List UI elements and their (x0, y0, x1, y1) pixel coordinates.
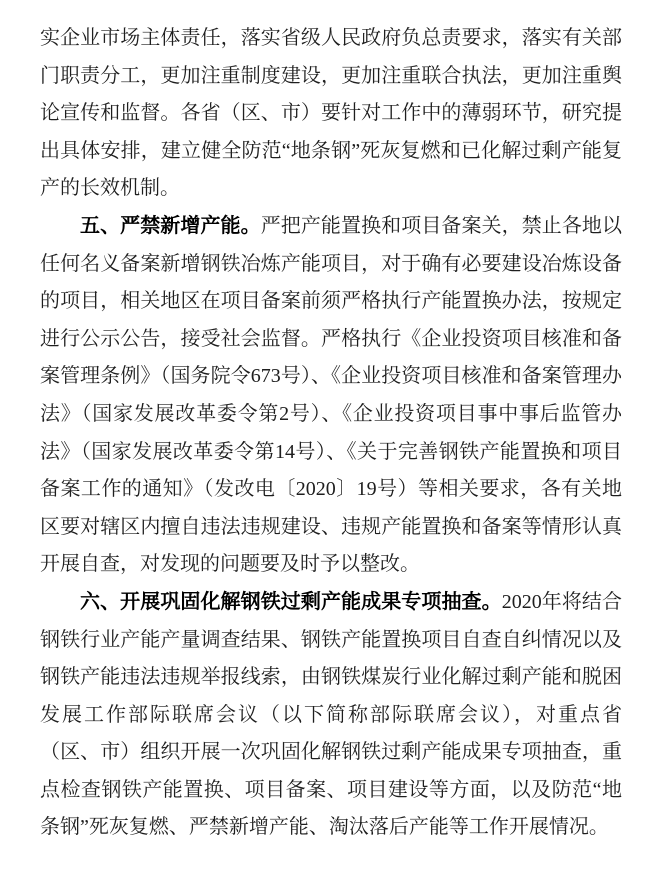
paragraph: 实企业市场主体责任，落实省级人民政府负总责要求，落实有关部门职责分工，更加注重制… (40, 20, 622, 208)
document-page: 实企业市场主体责任，落实省级人民政府负总责要求，落实有关部门职责分工，更加注重制… (0, 0, 662, 882)
body-text: 严把产能置换和项目备案关，禁止各地以任何名义备案新增钢铁冶炼产能项目，对于确有必… (40, 215, 622, 575)
paragraph: 六、开展巩固化解钢铁过剩产能成果专项抽查。2020年将结合钢铁行业产能产量调查结… (40, 584, 622, 847)
body-text: 2020年将结合钢铁行业产能产量调查结果、钢铁产能置换项目自查自纠情况以及钢铁产… (40, 591, 622, 839)
section-heading-text: 五、严禁新增产能。 (80, 215, 261, 237)
section-heading-text: 六、开展巩固化解钢铁过剩产能成果专项抽查。 (80, 591, 502, 613)
document-body: 实企业市场主体责任，落实省级人民政府负总责要求，落实有关部门职责分工，更加注重制… (40, 20, 622, 847)
paragraph: 五、严禁新增产能。严把产能置换和项目备案关，禁止各地以任何名义备案新增钢铁冶炼产… (40, 208, 622, 584)
body-text: 实企业市场主体责任，落实省级人民政府负总责要求，落实有关部门职责分工，更加注重制… (40, 27, 622, 199)
